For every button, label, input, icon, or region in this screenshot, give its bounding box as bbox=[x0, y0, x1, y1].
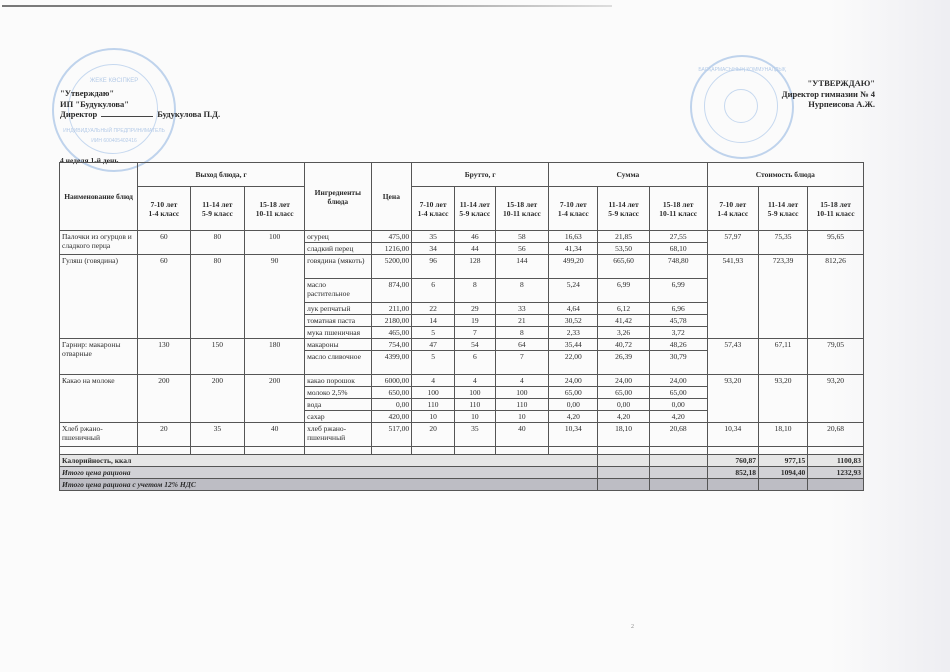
ingredient-price: 874,00 bbox=[371, 279, 412, 303]
ingredient-sum: 48,26 bbox=[649, 339, 707, 351]
dish-cost: 95,65 bbox=[808, 231, 864, 255]
dish-output: 200 bbox=[138, 375, 190, 423]
ingredient-sum: 53,50 bbox=[598, 243, 649, 255]
empty-cell bbox=[649, 467, 707, 479]
total-label: Итого цена рациона bbox=[60, 467, 598, 479]
dish-output: 20 bbox=[138, 423, 190, 447]
ingredient-brutto: 4 bbox=[454, 375, 495, 387]
empty-cell bbox=[649, 479, 707, 491]
dish-output: 60 bbox=[138, 231, 190, 255]
ingredient-sum: 27,55 bbox=[649, 231, 707, 243]
ingredient-sum: 748,80 bbox=[649, 255, 707, 279]
dish-cost: 57,43 bbox=[707, 339, 758, 375]
header-output: Выход блюда, г bbox=[138, 163, 305, 187]
empty-cell bbox=[138, 447, 190, 455]
ingredient-brutto: 34 bbox=[412, 243, 455, 255]
ingredient-brutto: 29 bbox=[454, 303, 495, 315]
header-brutto-age-2: 15-18 лет10-11 класс bbox=[495, 187, 549, 231]
header-sum-age-0: 7-10 лет1-4 класс bbox=[549, 187, 598, 231]
ingredient-sum: 30,79 bbox=[649, 351, 707, 375]
total-value bbox=[707, 479, 758, 491]
total-value: 852,18 bbox=[707, 467, 758, 479]
ingredient-brutto: 96 bbox=[412, 255, 455, 279]
dish-cost: 67,11 bbox=[758, 339, 807, 375]
ingredient-brutto: 7 bbox=[454, 327, 495, 339]
ingredient-brutto: 47 bbox=[412, 339, 455, 351]
table-row: Гарнир: макароны отварные130150180макаро… bbox=[60, 339, 864, 351]
ingredient-sum: 18,10 bbox=[598, 423, 649, 447]
empty-cell bbox=[808, 447, 864, 455]
ingredient-sum: 3,72 bbox=[649, 327, 707, 339]
ingredient-price: 1216,00 bbox=[371, 243, 412, 255]
class-label: 1-4 класс bbox=[414, 209, 452, 218]
dish-cost: 57,97 bbox=[707, 231, 758, 255]
empty-cell bbox=[190, 447, 245, 455]
ingredient-name: мука пшеничная bbox=[305, 327, 371, 339]
ingredient-sum: 0,00 bbox=[549, 399, 598, 411]
dish-cost: 20,68 bbox=[808, 423, 864, 447]
ingredient-price: 0,00 bbox=[371, 399, 412, 411]
age-label: 15-18 лет bbox=[652, 200, 705, 209]
age-label: 7-10 лет bbox=[551, 200, 595, 209]
empty-cell bbox=[549, 447, 598, 455]
class-label: 1-4 класс bbox=[551, 209, 595, 218]
dish-cost: 79,05 bbox=[808, 339, 864, 375]
dish-cost: 10,34 bbox=[707, 423, 758, 447]
ingredient-sum: 6,99 bbox=[598, 279, 649, 303]
ingredient-name: сладкий перец bbox=[305, 243, 371, 255]
ingredient-name: макароны bbox=[305, 339, 371, 351]
ingredient-brutto: 56 bbox=[495, 243, 549, 255]
header-output-age-0: 7-10 лет1-4 класс bbox=[138, 187, 190, 231]
ingredient-sum: 21,85 bbox=[598, 231, 649, 243]
ingredient-sum: 5,24 bbox=[549, 279, 598, 303]
ingredient-name: хлеб ржано-пшеничный bbox=[305, 423, 371, 447]
ingredient-name: сахар bbox=[305, 411, 371, 423]
dish-cost: 812,26 bbox=[808, 255, 864, 339]
dish-output: 200 bbox=[190, 375, 245, 423]
class-label: 5-9 класс bbox=[600, 209, 646, 218]
total-value bbox=[758, 479, 807, 491]
empty-cell bbox=[598, 447, 649, 455]
ingredient-price: 211,00 bbox=[371, 303, 412, 315]
age-label: 15-18 лет bbox=[810, 200, 861, 209]
total-value: 977,15 bbox=[758, 455, 807, 467]
ingredient-brutto: 8 bbox=[454, 279, 495, 303]
ingredient-brutto: 14 bbox=[412, 315, 455, 327]
dish-output: 80 bbox=[190, 231, 245, 255]
ingredient-brutto: 8 bbox=[495, 279, 549, 303]
age-label: 15-18 лет bbox=[498, 200, 547, 209]
ingredient-sum: 6,99 bbox=[649, 279, 707, 303]
dish-cost: 723,39 bbox=[758, 255, 807, 339]
ingredient-sum: 65,00 bbox=[549, 387, 598, 399]
class-label: 10-11 класс bbox=[498, 209, 547, 218]
ingredient-brutto: 21 bbox=[495, 315, 549, 327]
empty-cell bbox=[649, 447, 707, 455]
header-cost: Стоимость блюда bbox=[707, 163, 863, 187]
total-value: 1100,83 bbox=[808, 455, 864, 467]
header-dish-name: Наименование блюд bbox=[60, 163, 138, 231]
menu-table: Наименование блюдВыход блюда, гИнгредиен… bbox=[59, 162, 864, 491]
ingredient-name: молоко 2,5% bbox=[305, 387, 371, 399]
empty-cell bbox=[412, 447, 455, 455]
ingredient-price: 475,00 bbox=[371, 231, 412, 243]
approval-left-org: ИП "Будукулова" bbox=[60, 99, 220, 110]
approval-block-right: "УТВЕРЖДАЮ" Директор гимназии № 4 Нурпеи… bbox=[745, 78, 875, 110]
header-output-age-2: 15-18 лет10-11 класс bbox=[245, 187, 305, 231]
ingredient-sum: 16,63 bbox=[549, 231, 598, 243]
ingredient-sum: 499,20 bbox=[549, 255, 598, 279]
ingredient-sum: 10,34 bbox=[549, 423, 598, 447]
ingredient-brutto: 6 bbox=[412, 279, 455, 303]
scan-top-edge bbox=[2, 5, 612, 7]
ingredient-brutto: 110 bbox=[495, 399, 549, 411]
ingredient-sum: 41,42 bbox=[598, 315, 649, 327]
ingredient-brutto: 40 bbox=[495, 423, 549, 447]
ingredient-brutto: 44 bbox=[454, 243, 495, 255]
header-cost-age-1: 11-14 лет5-9 класс bbox=[758, 187, 807, 231]
header-cost-age-2: 15-18 лет10-11 класс bbox=[808, 187, 864, 231]
ingredient-sum: 41,34 bbox=[549, 243, 598, 255]
header-sum: Сумма bbox=[549, 163, 707, 187]
table-row: Какао на молоке200200200какао порошок600… bbox=[60, 375, 864, 387]
signature-line bbox=[101, 116, 153, 117]
dish-output: 200 bbox=[245, 375, 305, 423]
approval-left-role: Директор bbox=[60, 109, 97, 119]
age-label: 11-14 лет bbox=[457, 200, 493, 209]
dish-output: 100 bbox=[245, 231, 305, 255]
ingredient-sum: 0,00 bbox=[649, 399, 707, 411]
age-label: 7-10 лет bbox=[710, 200, 756, 209]
approval-right-role: Директор гимназии № 4 bbox=[745, 89, 875, 100]
ingredient-brutto: 10 bbox=[495, 411, 549, 423]
class-label: 5-9 класс bbox=[193, 209, 243, 218]
class-label: 10-11 класс bbox=[652, 209, 705, 218]
stamp-left-text-bin: ИИН 600405402416 bbox=[54, 138, 174, 144]
ingredient-name: лук репчатый bbox=[305, 303, 371, 315]
ingredient-price: 4399,00 bbox=[371, 351, 412, 375]
ingredient-price: 420,00 bbox=[371, 411, 412, 423]
ingredient-sum: 22,00 bbox=[549, 351, 598, 375]
ingredient-brutto: 22 bbox=[412, 303, 455, 315]
empty-cell bbox=[245, 447, 305, 455]
dish-output: 35 bbox=[190, 423, 245, 447]
ingredient-sum: 45,78 bbox=[649, 315, 707, 327]
spacer-row bbox=[60, 447, 864, 455]
ingredient-price: 6000,00 bbox=[371, 375, 412, 387]
ingredient-brutto: 7 bbox=[495, 351, 549, 375]
ingredient-sum: 65,00 bbox=[598, 387, 649, 399]
age-label: 15-18 лет bbox=[247, 200, 302, 209]
dish-name: Гарнир: макароны отварные bbox=[60, 339, 138, 375]
class-label: 5-9 класс bbox=[457, 209, 493, 218]
ingredient-sum: 4,20 bbox=[598, 411, 649, 423]
page-mark: 2 bbox=[631, 624, 634, 630]
ingredient-brutto: 8 bbox=[495, 327, 549, 339]
ingredient-brutto: 144 bbox=[495, 255, 549, 279]
empty-cell bbox=[60, 447, 138, 455]
ingredient-brutto: 33 bbox=[495, 303, 549, 315]
class-label: 10-11 класс bbox=[810, 209, 861, 218]
ingredient-sum: 24,00 bbox=[598, 375, 649, 387]
empty-cell bbox=[454, 447, 495, 455]
ingredient-price: 517,00 bbox=[371, 423, 412, 447]
ingredient-brutto: 54 bbox=[454, 339, 495, 351]
dish-cost: 18,10 bbox=[758, 423, 807, 447]
ingredient-brutto: 128 bbox=[454, 255, 495, 279]
class-label: 5-9 класс bbox=[761, 209, 805, 218]
approval-right-title: "УТВЕРЖДАЮ" bbox=[745, 78, 875, 89]
age-label: 11-14 лет bbox=[193, 200, 243, 209]
approval-left-name: Будукулова П.Д. bbox=[157, 109, 220, 119]
total-value: 1232,93 bbox=[808, 467, 864, 479]
ingredient-brutto: 10 bbox=[454, 411, 495, 423]
header-price: Цена bbox=[371, 163, 412, 231]
ingredient-sum: 68,10 bbox=[649, 243, 707, 255]
header-row-ages: 7-10 лет1-4 класс11-14 лет5-9 класс15-18… bbox=[60, 187, 864, 231]
ingredient-sum: 6,12 bbox=[598, 303, 649, 315]
class-label: 1-4 класс bbox=[710, 209, 756, 218]
header-sum-age-1: 11-14 лет5-9 класс bbox=[598, 187, 649, 231]
table-row: Гуляш (говядина)608090говядина (мякоть)5… bbox=[60, 255, 864, 279]
ingredient-brutto: 35 bbox=[454, 423, 495, 447]
dish-cost: 93,20 bbox=[808, 375, 864, 423]
dish-cost: 93,20 bbox=[707, 375, 758, 423]
dish-output: 150 bbox=[190, 339, 245, 375]
ingredient-name: какао порошок bbox=[305, 375, 371, 387]
stamp-left-text-top: ЖЕКЕ КӘСІПКЕР bbox=[54, 78, 174, 84]
ingredient-sum: 24,00 bbox=[649, 375, 707, 387]
ingredient-sum: 4,20 bbox=[549, 411, 598, 423]
header-brutto-age-0: 7-10 лет1-4 класс bbox=[412, 187, 455, 231]
approval-block-left: "Утверждаю" ИП "Будукулова" ДиректорБуду… bbox=[60, 88, 220, 120]
dish-name: Какао на молоке bbox=[60, 375, 138, 423]
total-label: Итого цена рациона с учетом 12% НДС bbox=[60, 479, 598, 491]
dish-output: 40 bbox=[245, 423, 305, 447]
header-sum-age-2: 15-18 лет10-11 класс bbox=[649, 187, 707, 231]
approval-left-title: "Утверждаю" bbox=[60, 88, 220, 99]
ingredient-sum: 26,39 bbox=[598, 351, 649, 375]
empty-cell bbox=[495, 447, 549, 455]
dish-output: 130 bbox=[138, 339, 190, 375]
ingredient-brutto: 35 bbox=[412, 231, 455, 243]
total-row: Калорийность, ккал760,87977,151100,83 bbox=[60, 455, 864, 467]
ingredient-brutto: 46 bbox=[454, 231, 495, 243]
dish-name: Гуляш (говядина) bbox=[60, 255, 138, 339]
class-label: 10-11 класс bbox=[247, 209, 302, 218]
ingredient-brutto: 6 bbox=[454, 351, 495, 375]
ingredient-price: 650,00 bbox=[371, 387, 412, 399]
empty-cell bbox=[758, 447, 807, 455]
empty-cell bbox=[598, 455, 649, 467]
dish-name: Палочки из огурцов и сладкого перца bbox=[60, 231, 138, 255]
ingredient-sum: 40,72 bbox=[598, 339, 649, 351]
age-label: 7-10 лет bbox=[414, 200, 452, 209]
ingredient-brutto: 19 bbox=[454, 315, 495, 327]
ingredient-brutto: 100 bbox=[412, 387, 455, 399]
empty-cell bbox=[305, 447, 371, 455]
empty-cell bbox=[598, 467, 649, 479]
ingredient-sum: 0,00 bbox=[598, 399, 649, 411]
class-label: 1-4 класс bbox=[140, 209, 187, 218]
ingredient-brutto: 100 bbox=[495, 387, 549, 399]
ingredient-name: томатная паста bbox=[305, 315, 371, 327]
header-output-age-1: 11-14 лет5-9 класс bbox=[190, 187, 245, 231]
stamp-right-text: БАСҚАРМАСЫНЫҢ КОММУНАЛДЫҚ bbox=[692, 67, 792, 73]
ingredient-sum: 35,44 bbox=[549, 339, 598, 351]
ingredient-sum: 2,33 bbox=[549, 327, 598, 339]
ingredient-brutto: 10 bbox=[412, 411, 455, 423]
ingredient-sum: 30,52 bbox=[549, 315, 598, 327]
header-brutto-age-1: 11-14 лет5-9 класс bbox=[454, 187, 495, 231]
ingredient-name: масло сливочное bbox=[305, 351, 371, 375]
dish-output: 80 bbox=[190, 255, 245, 339]
ingredient-sum: 4,20 bbox=[649, 411, 707, 423]
ingredient-brutto: 4 bbox=[495, 375, 549, 387]
ingredient-price: 465,00 bbox=[371, 327, 412, 339]
approval-left-signer: ДиректорБудукулова П.Д. bbox=[60, 109, 220, 120]
dish-cost: 541,93 bbox=[707, 255, 758, 339]
dish-cost: 75,35 bbox=[758, 231, 807, 255]
dish-output: 60 bbox=[138, 255, 190, 339]
stamp-left-text-mid: ИНДИВИДУАЛЬНЫЙ ПРЕДПРИНИМАТЕЛЬ bbox=[54, 128, 174, 134]
total-row: Итого цена рациона852,181094,401232,93 bbox=[60, 467, 864, 479]
approval-right-name: Нурпеисова А.Ж. bbox=[745, 99, 875, 110]
ingredient-sum: 665,60 bbox=[598, 255, 649, 279]
ingredient-sum: 20,68 bbox=[649, 423, 707, 447]
total-row: Итого цена рациона с учетом 12% НДС bbox=[60, 479, 864, 491]
empty-cell bbox=[371, 447, 412, 455]
ingredient-sum: 3,26 bbox=[598, 327, 649, 339]
dish-output: 90 bbox=[245, 255, 305, 339]
ingredient-brutto: 110 bbox=[454, 399, 495, 411]
ingredient-name: масло растительное bbox=[305, 279, 371, 303]
age-label: 11-14 лет bbox=[600, 200, 646, 209]
ingredient-name: огурец bbox=[305, 231, 371, 243]
dish-output: 180 bbox=[245, 339, 305, 375]
ingredient-sum: 24,00 bbox=[549, 375, 598, 387]
ingredient-brutto: 5 bbox=[412, 327, 455, 339]
header-row-groups: Наименование блюдВыход блюда, гИнгредиен… bbox=[60, 163, 864, 187]
empty-cell bbox=[707, 447, 758, 455]
ingredient-brutto: 5 bbox=[412, 351, 455, 375]
dish-name: Хлеб ржано-пшеничный bbox=[60, 423, 138, 447]
ingredient-sum: 4,64 bbox=[549, 303, 598, 315]
ingredient-price: 2180,00 bbox=[371, 315, 412, 327]
ingredient-name: вода bbox=[305, 399, 371, 411]
ingredient-brutto: 58 bbox=[495, 231, 549, 243]
ingredient-price: 5200,00 bbox=[371, 255, 412, 279]
age-label: 11-14 лет bbox=[761, 200, 805, 209]
ingredient-brutto: 110 bbox=[412, 399, 455, 411]
total-value: 1094,40 bbox=[758, 467, 807, 479]
age-label: 7-10 лет bbox=[140, 200, 187, 209]
ingredient-brutto: 4 bbox=[412, 375, 455, 387]
table-row: Палочки из огурцов и сладкого перца60801… bbox=[60, 231, 864, 243]
header-brutto: Брутто, г bbox=[412, 163, 549, 187]
total-value bbox=[808, 479, 864, 491]
total-value: 760,87 bbox=[707, 455, 758, 467]
ingredient-brutto: 100 bbox=[454, 387, 495, 399]
ingredient-name: говядина (мякоть) bbox=[305, 255, 371, 279]
ingredient-brutto: 20 bbox=[412, 423, 455, 447]
empty-cell bbox=[649, 455, 707, 467]
ingredient-sum: 65,00 bbox=[649, 387, 707, 399]
dish-cost: 93,20 bbox=[758, 375, 807, 423]
total-label: Калорийность, ккал bbox=[60, 455, 598, 467]
header-cost-age-0: 7-10 лет1-4 класс bbox=[707, 187, 758, 231]
empty-cell bbox=[598, 479, 649, 491]
ingredient-sum: 6,96 bbox=[649, 303, 707, 315]
header-ingredients: Ингредиенты блюда bbox=[305, 163, 371, 231]
table-row: Хлеб ржано-пшеничный203540хлеб ржано-пше… bbox=[60, 423, 864, 447]
ingredient-brutto: 64 bbox=[495, 339, 549, 351]
ingredient-price: 754,00 bbox=[371, 339, 412, 351]
